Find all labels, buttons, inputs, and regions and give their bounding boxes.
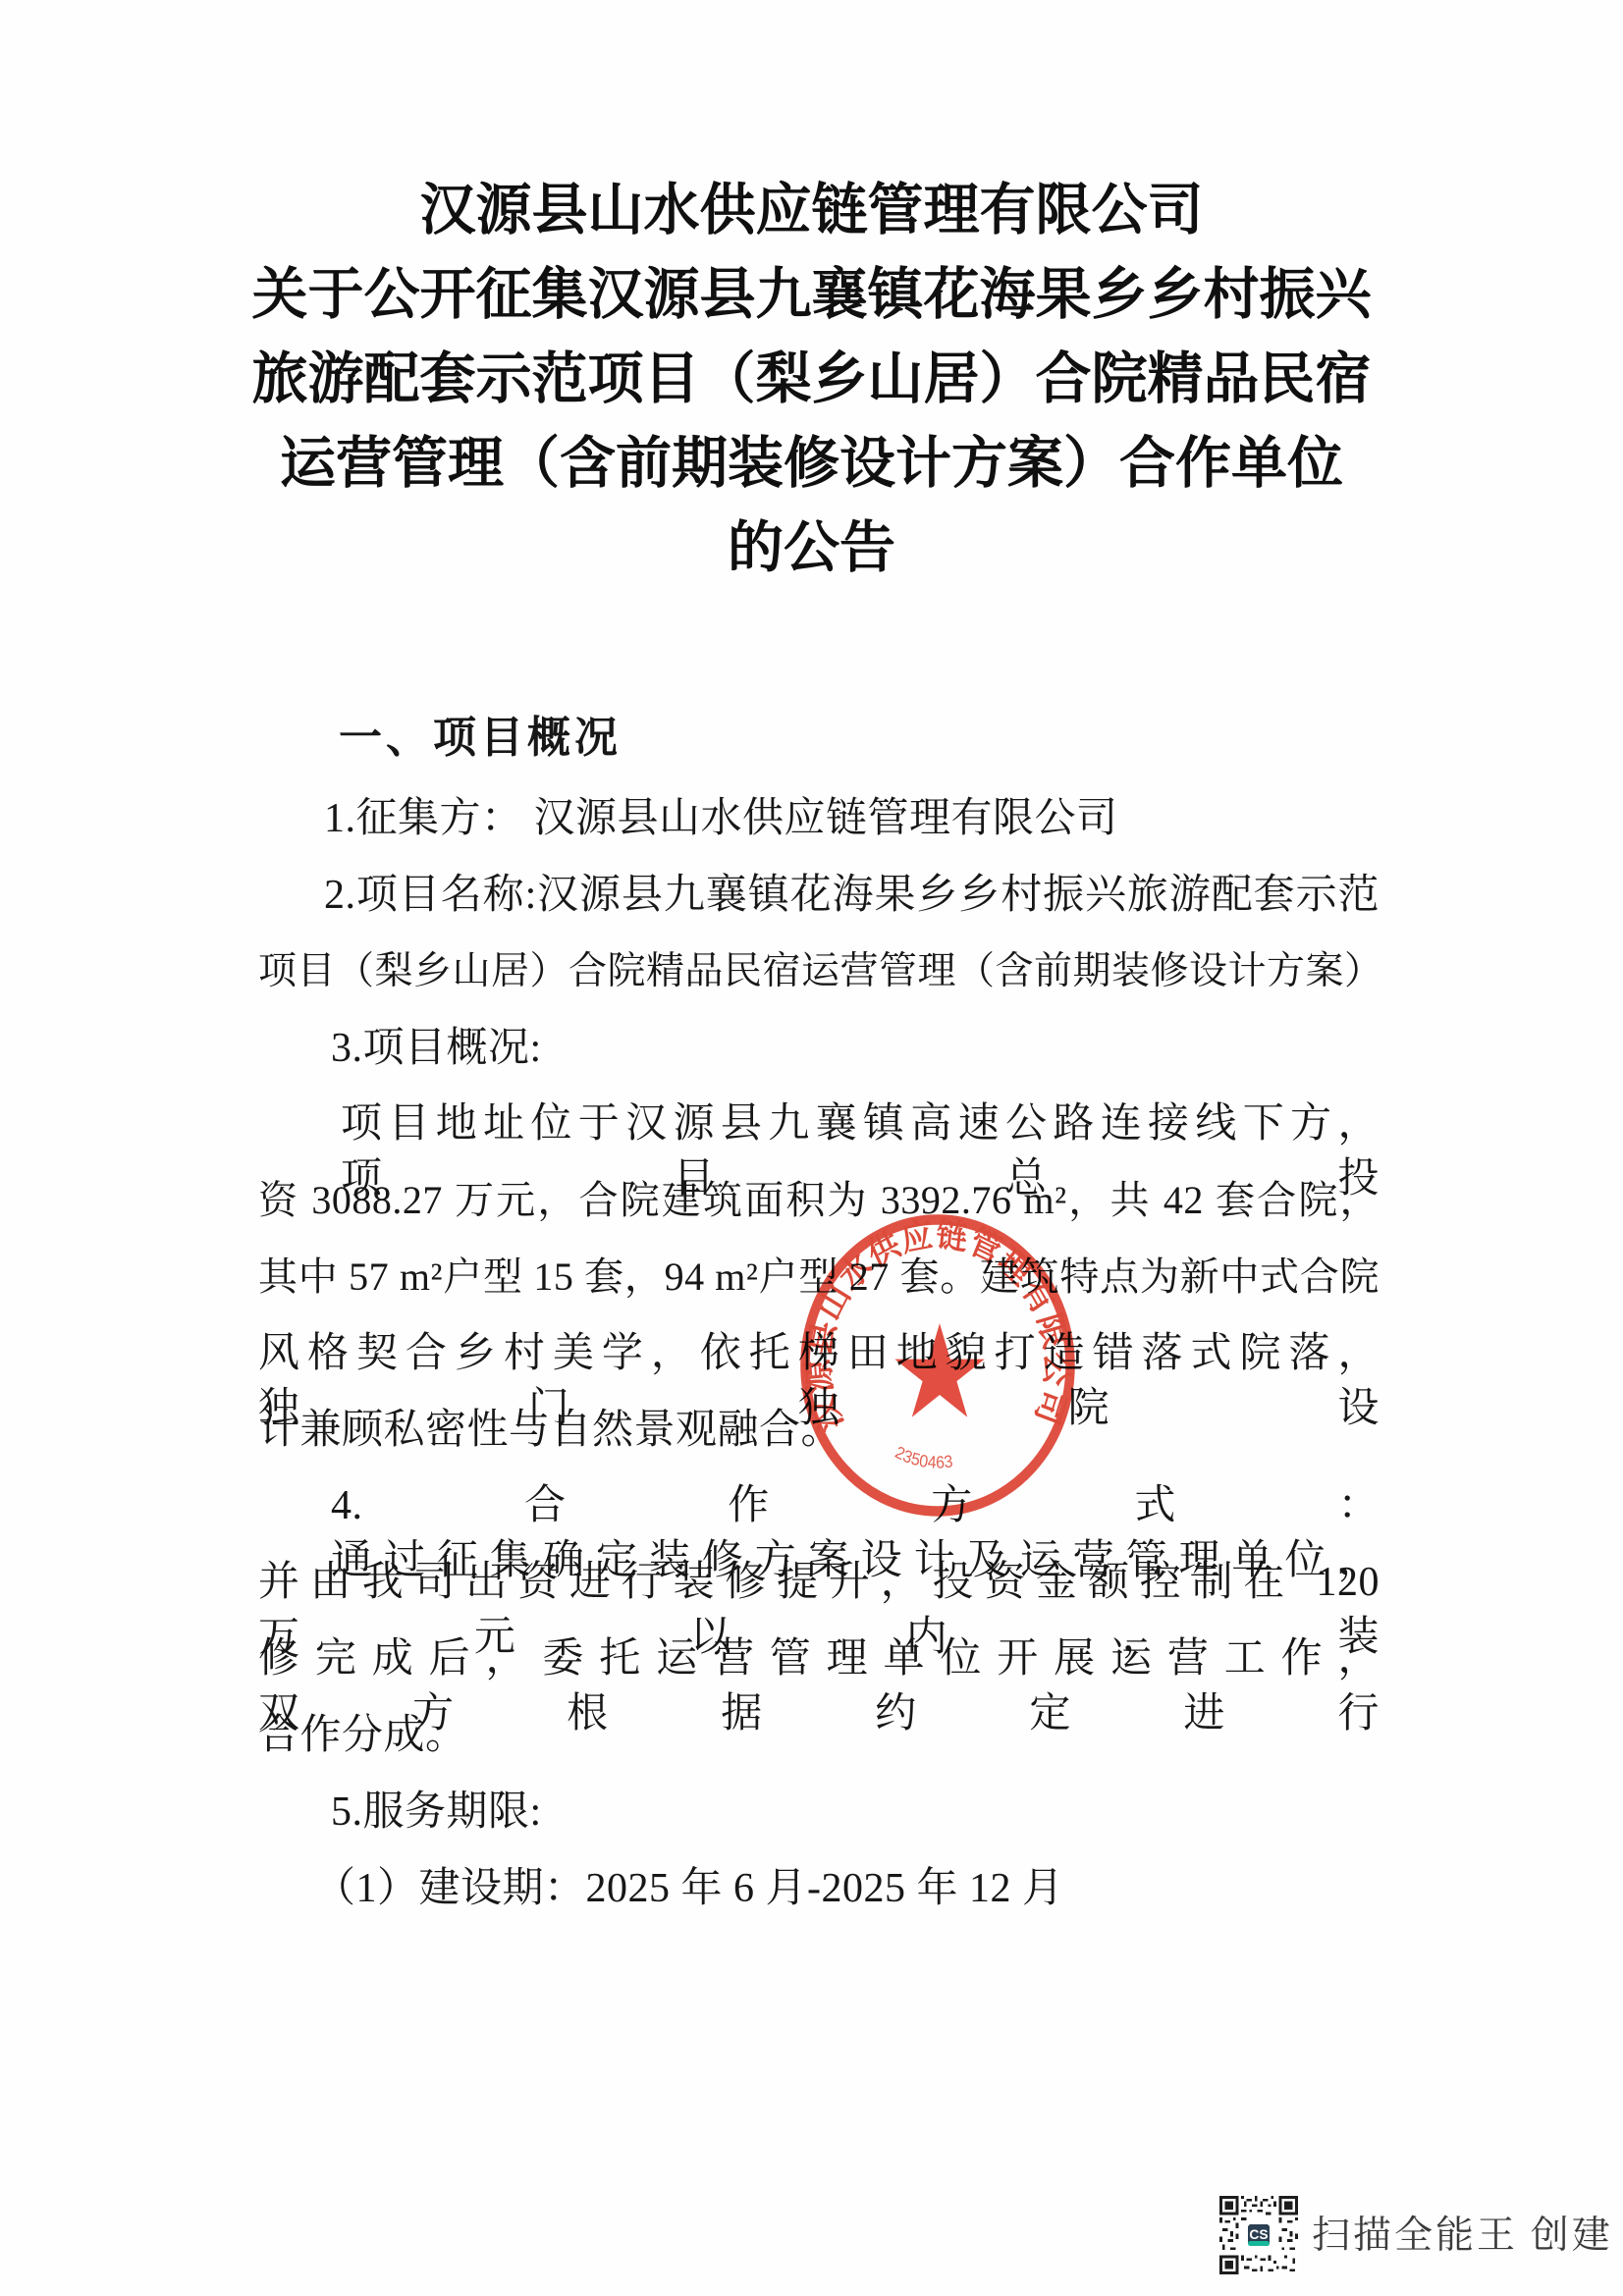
body-line: （1）建设期：2025 年 6 月-2025 年 12 月 xyxy=(314,1861,1064,1916)
svg-text:CS: CS xyxy=(1249,2227,1268,2242)
document-title-line: 旅游配套示范项目（梨乡山居）合院精品民宿 xyxy=(0,346,1623,414)
document-title-line: 运营管理（含前期装修设计方案）合作单位 xyxy=(0,430,1623,499)
camscanner-logo-icon: CS xyxy=(1248,2224,1270,2246)
document-title-line: 关于公开征集汉源县九襄镇花海果乡乡村振兴 xyxy=(0,261,1623,330)
body-line: 5.服务期限: xyxy=(331,1785,542,1840)
seal-number: 2350463 xyxy=(893,1442,954,1472)
svg-text:2350463: 2350463 xyxy=(893,1442,954,1472)
document-title-line: 汉源县山水供应链管理有限公司 xyxy=(0,177,1623,245)
body-line: 1.征集方： 汉源县山水供应链管理有限公司 xyxy=(324,791,1118,846)
body-line: 2.项目名称:汉源县九襄镇花海果乡乡村振兴旅游配套示范 xyxy=(324,868,1380,923)
body-line: 其中 57 m²户型 15 套，94 m²户型 27 套。建筑特点为新中式合院 xyxy=(258,1250,1380,1305)
scanned-document-page: 汉源县山水供应链管理有限公司 关于公开征集汉源县九襄镇花海果乡乡村振兴 旅游配套… xyxy=(0,0,1623,2296)
qr-code: CS xyxy=(1219,2193,1298,2277)
document-title-line: 的公告 xyxy=(0,514,1623,583)
body-line: 计兼顾私密性与自然景观融合。 xyxy=(258,1403,842,1458)
body-line: 项目（梨乡山居）合院精品民宿运营管理（含前期装修设计方案） xyxy=(258,944,1380,999)
section-heading: 一、项目概况 xyxy=(339,711,622,766)
body-line: 3.项目概况: xyxy=(331,1021,542,1076)
body-line: 资 3088.27 万元，合院建筑面积为 3392.76 m²，共 42 套合院… xyxy=(258,1173,1380,1228)
body-line: 合作分成。 xyxy=(258,1708,467,1763)
scanner-watermark-caption: 扫描全能王 创建 xyxy=(1312,2205,1613,2260)
